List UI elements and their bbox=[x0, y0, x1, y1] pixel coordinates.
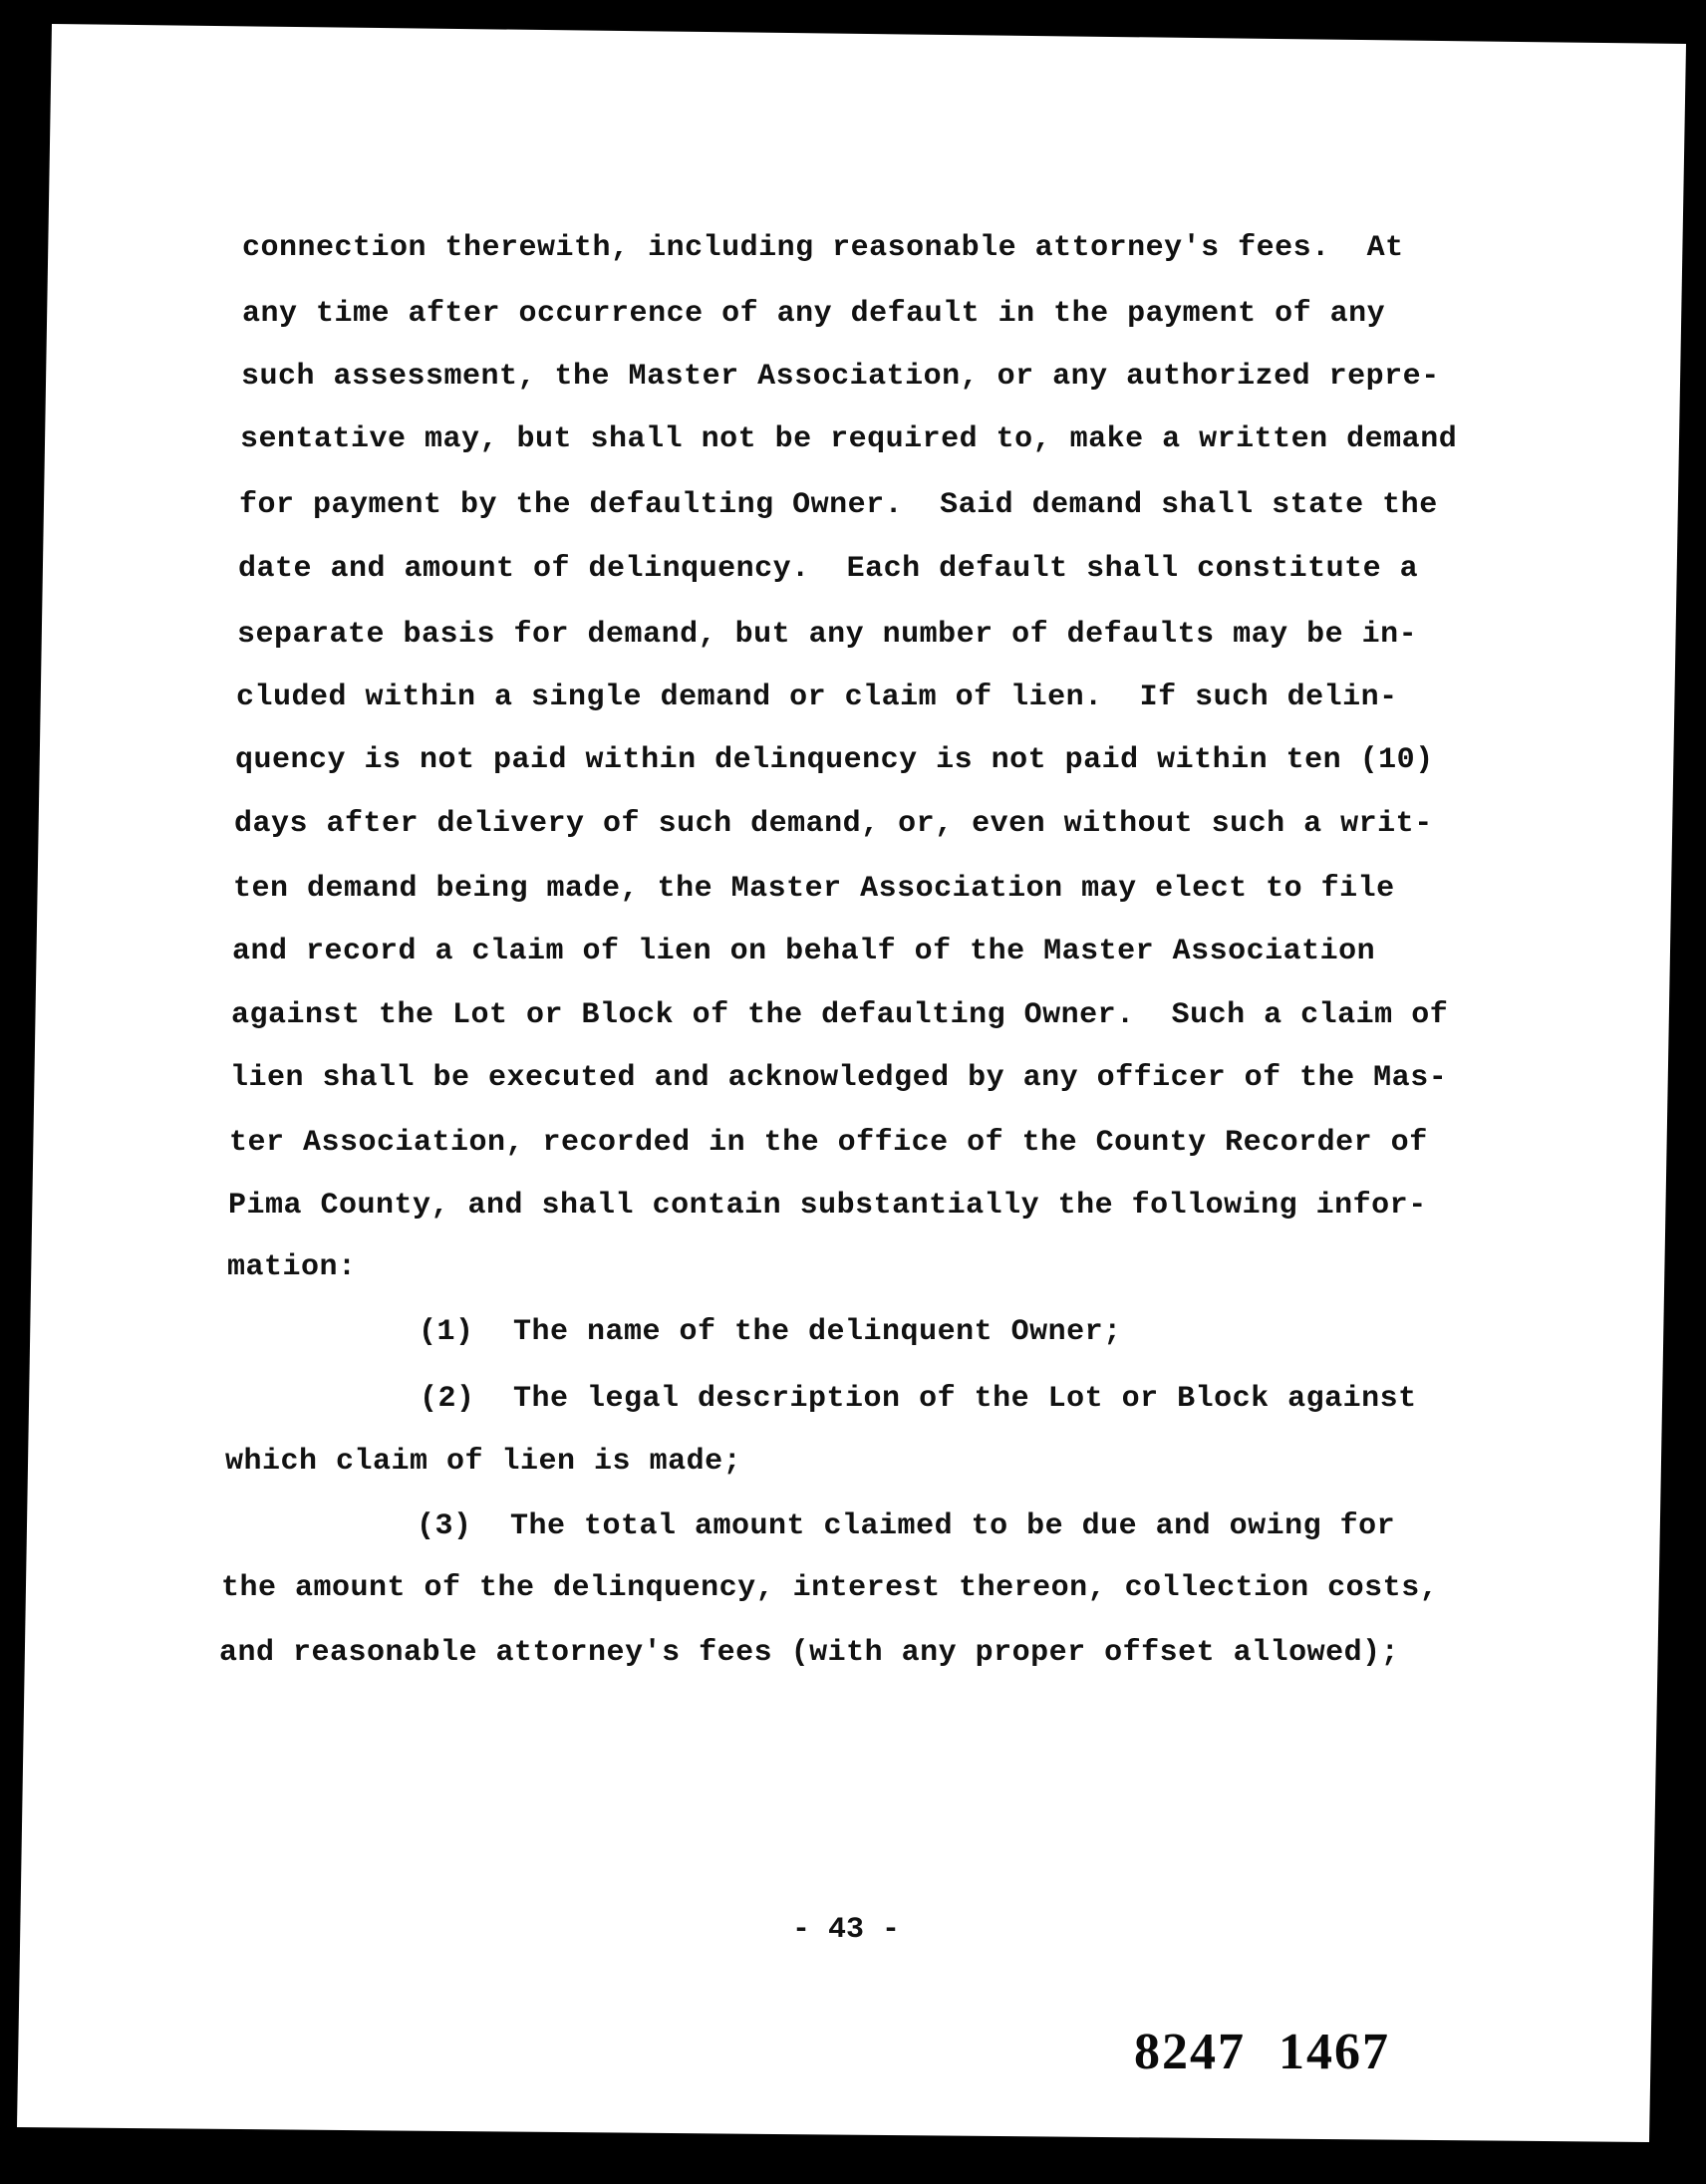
body-line: such assessment, the Master Association,… bbox=[241, 360, 1440, 394]
body-line: against the Lot or Block of the defaulti… bbox=[231, 998, 1448, 1032]
body-line: any time after occurrence of any default… bbox=[242, 297, 1385, 331]
body-line: days after delivery of such demand, or, … bbox=[234, 807, 1433, 841]
list-item-text: the amount of the delinquency, interest … bbox=[221, 1571, 1438, 1605]
body-line: quency is not paid within delinquency is… bbox=[235, 743, 1434, 777]
body-line: for payment by the defaulting Owner. Sai… bbox=[239, 488, 1438, 522]
body-line: ter Association, recorded in the office … bbox=[229, 1126, 1428, 1160]
body-line: date and amount of delinquency. Each def… bbox=[238, 552, 1418, 586]
list-item-number: (3) bbox=[417, 1509, 472, 1543]
list-item-text: The total amount claimed to be due and o… bbox=[510, 1509, 1395, 1543]
list-item-text: The legal description of the Lot or Bloc… bbox=[513, 1382, 1417, 1416]
body-line: separate basis for demand, but any numbe… bbox=[237, 618, 1417, 652]
recording-stamp: 8247 1467 bbox=[1134, 2023, 1390, 2081]
stamp-page-number: 1467 bbox=[1279, 2024, 1390, 2080]
list-item-text: and reasonable attorney's fees (with any… bbox=[219, 1636, 1399, 1670]
body-line: and record a claim of lien on behalf of … bbox=[232, 935, 1375, 968]
body-line: connection therewith, including reasonab… bbox=[242, 231, 1404, 265]
list-item-number: (1) bbox=[419, 1315, 474, 1349]
stamp-book-number: 8247 bbox=[1134, 2024, 1246, 2080]
body-line: Pima County, and shall contain substanti… bbox=[228, 1189, 1427, 1223]
body-line: lien shall be executed and acknowledged … bbox=[230, 1061, 1447, 1095]
document-page: connection therewith, including reasonab… bbox=[0, 0, 1706, 2184]
list-item-text: which claim of lien is made; bbox=[225, 1445, 741, 1479]
body-line: ten demand being made, the Master Associ… bbox=[233, 872, 1395, 906]
body-line: cluded within a single demand or claim o… bbox=[236, 681, 1398, 714]
body-line: mation: bbox=[227, 1250, 357, 1284]
list-item-text: The name of the delinquent Owner; bbox=[513, 1315, 1122, 1349]
body-line: sentative may, but shall not be required… bbox=[240, 422, 1457, 456]
page-number: - 43 - bbox=[792, 1913, 900, 1947]
list-item-number: (2) bbox=[420, 1382, 475, 1416]
